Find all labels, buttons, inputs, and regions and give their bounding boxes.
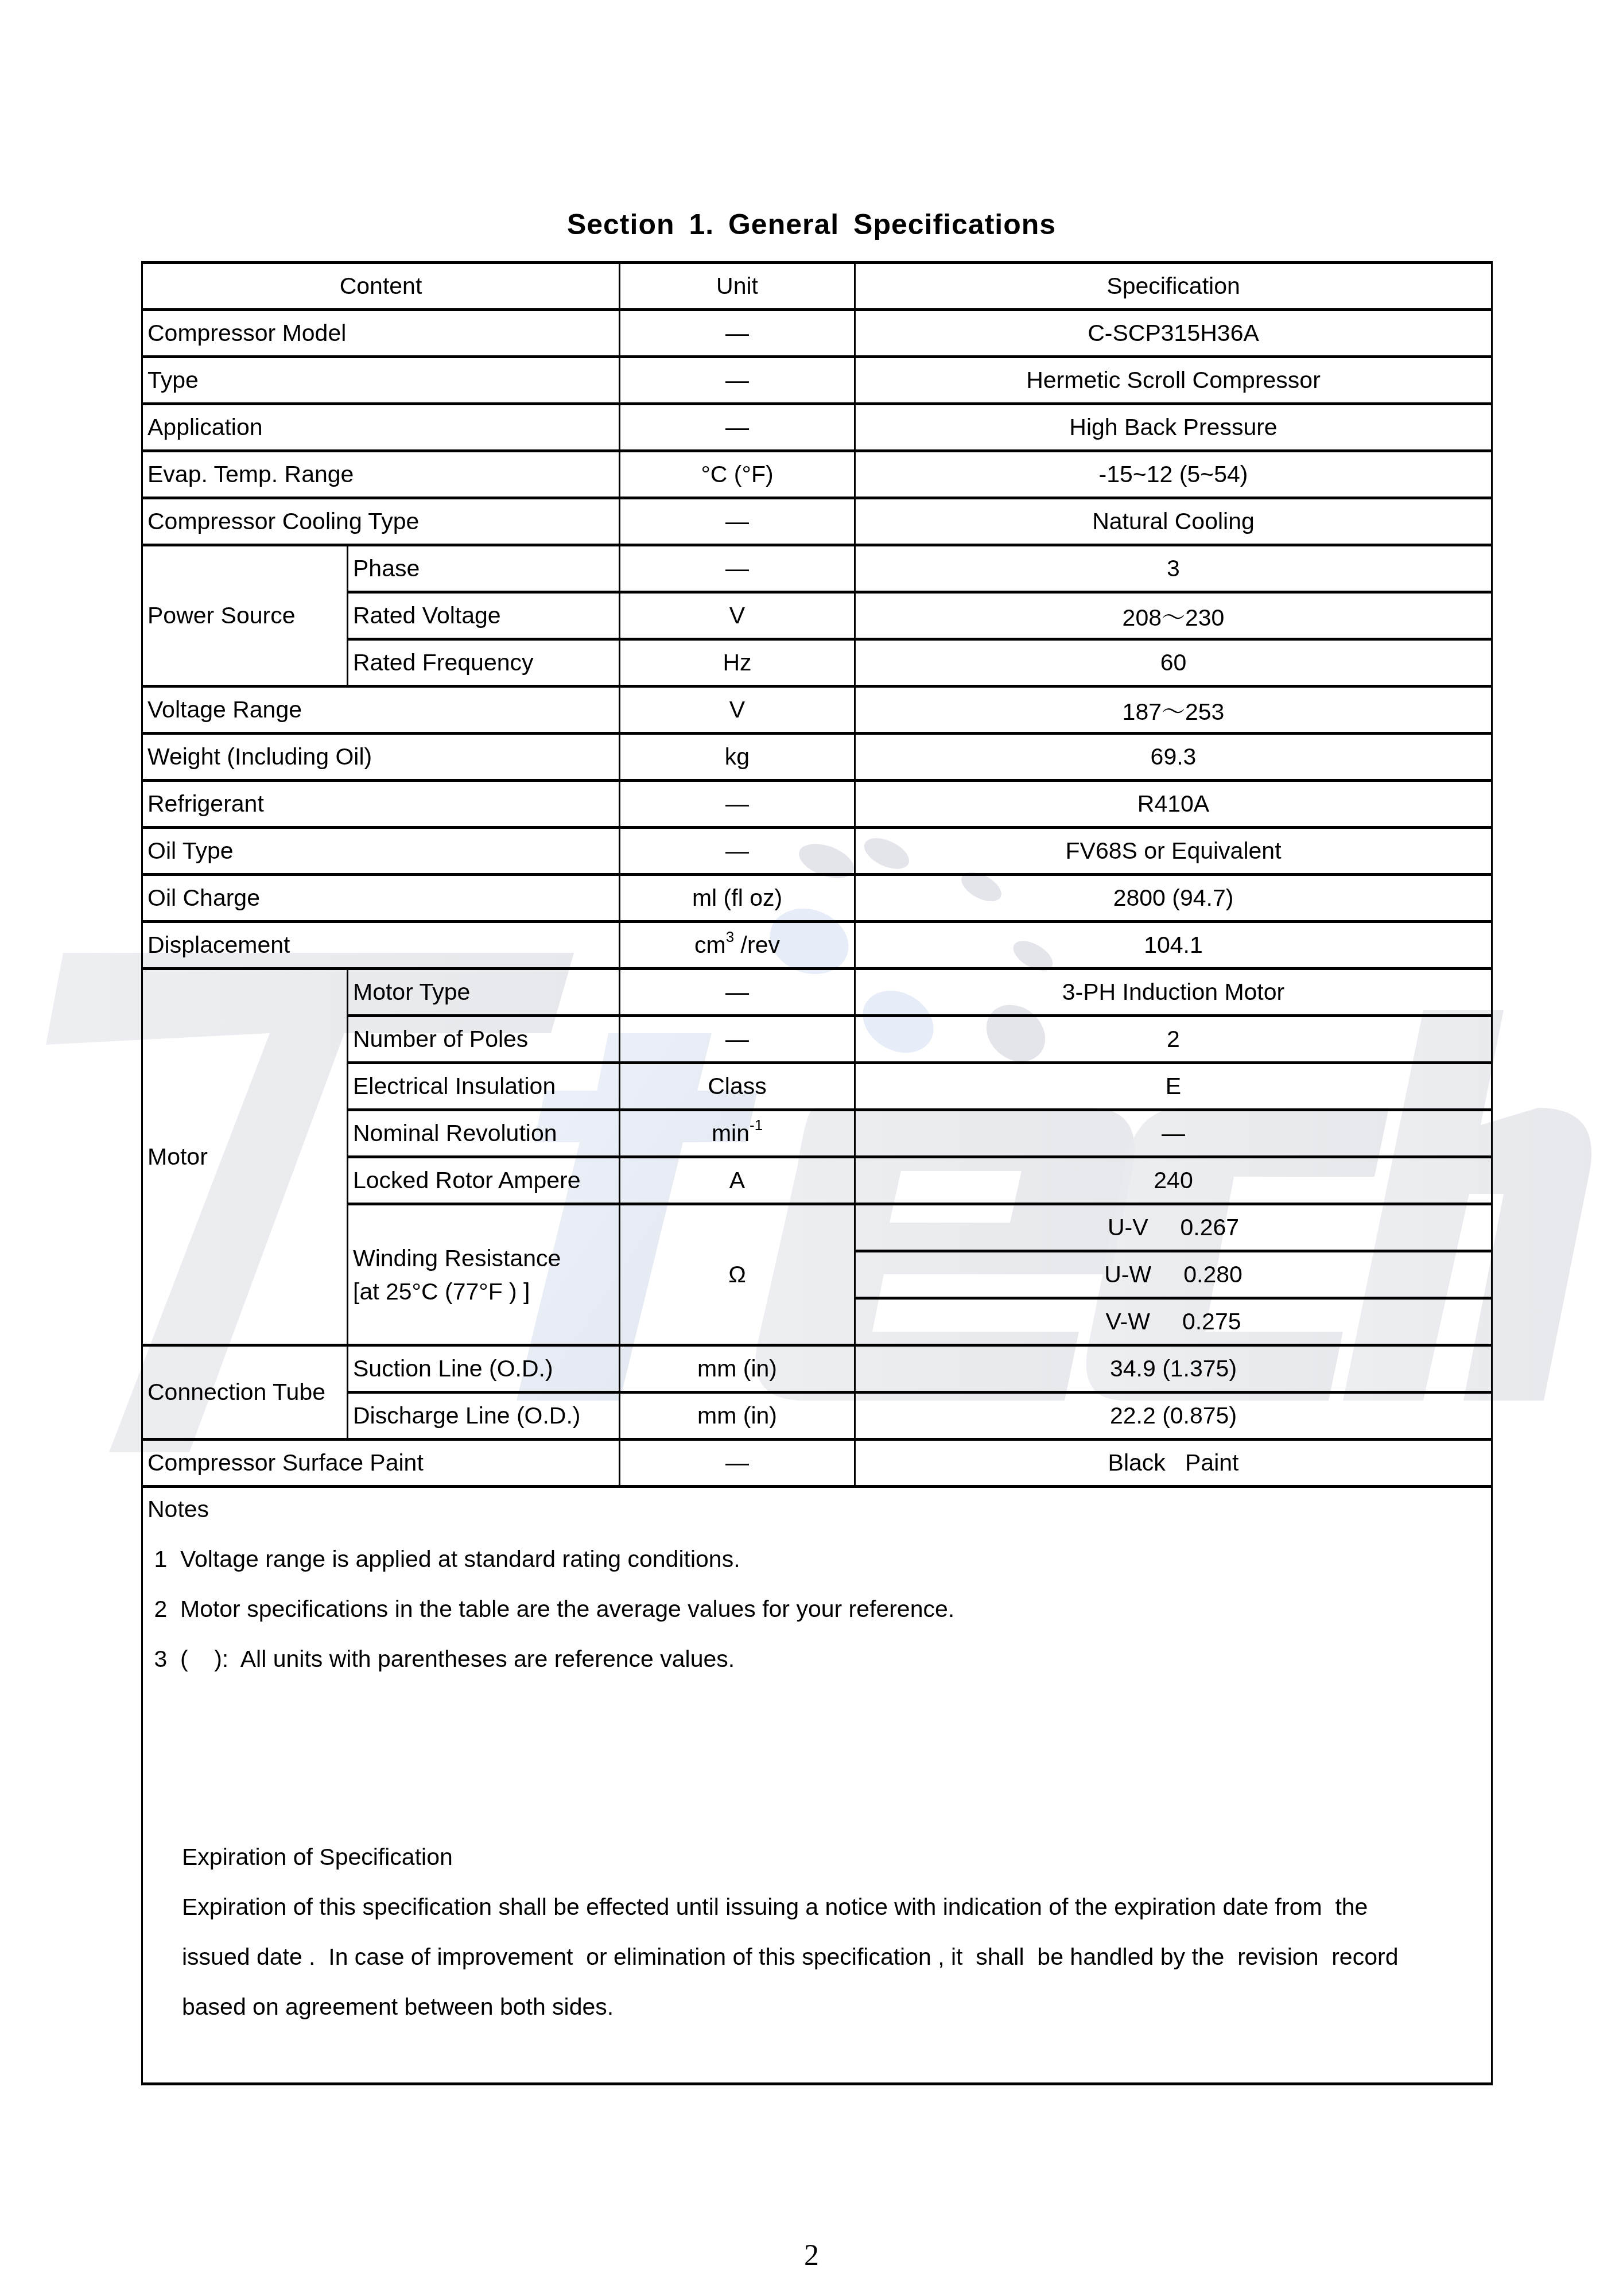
row-unit: °C (°F)	[620, 451, 855, 498]
table-row: Compressor Surface Paint — Black Paint	[142, 1440, 1492, 1487]
table-row: Displacement cm3 /rev 104.1	[142, 922, 1492, 969]
row-spec: 34.9 (1.375)	[855, 1345, 1492, 1393]
winding-pair: V-W	[1105, 1308, 1150, 1335]
row-unit: —	[620, 498, 855, 545]
row-unit: Hz	[620, 639, 855, 687]
winding-value: 0.280	[1183, 1261, 1243, 1287]
row-label: Voltage Range	[142, 687, 620, 734]
unit-superscript: -1	[750, 1116, 763, 1134]
row-spec: Natural Cooling	[855, 498, 1492, 545]
row-label: Suction Line (O.D.)	[348, 1345, 620, 1393]
row-spec: E	[855, 1063, 1492, 1110]
row-spec: 208～230	[855, 592, 1492, 639]
header-specification: Specification	[855, 263, 1492, 310]
table-row: Oil Type — FV68S or Equivalent	[142, 828, 1492, 875]
row-spec: R410A	[855, 781, 1492, 828]
header-content: Content	[142, 263, 620, 310]
table-row: Motor Motor Type — 3-PH Induction Motor	[142, 969, 1492, 1016]
expiration-heading: Expiration of Specification	[182, 1844, 453, 1871]
table-row: Voltage Range V 187～253	[142, 687, 1492, 734]
note-item: 3 ( ): All units with parentheses are re…	[147, 1646, 735, 1673]
row-unit: —	[620, 781, 855, 828]
row-spec: 3-PH Induction Motor	[855, 969, 1492, 1016]
row-label: Oil Charge	[142, 875, 620, 922]
row-label: Compressor Surface Paint	[142, 1440, 620, 1487]
table-row: Type — Hermetic Scroll Compressor	[142, 357, 1492, 404]
row-unit: A	[620, 1157, 855, 1204]
winding-pair: U-W	[1104, 1261, 1151, 1287]
row-unit: Class	[620, 1063, 855, 1110]
row-label: Oil Type	[142, 828, 620, 875]
row-spec: FV68S or Equivalent	[855, 828, 1492, 875]
row-label: Refrigerant	[142, 781, 620, 828]
row-label: Rated Frequency	[348, 639, 620, 687]
row-unit: mm (in)	[620, 1393, 855, 1440]
note-item: 1 Voltage range is applied at standard r…	[147, 1546, 740, 1573]
row-spec: 240	[855, 1157, 1492, 1204]
notes-row: Notes 1 Voltage range is applied at stan…	[142, 1487, 1492, 2084]
row-unit: min-1	[620, 1110, 855, 1157]
winding-label-line2: [at 25°C (77°F ) ]	[353, 1278, 530, 1305]
unit-base: cm	[694, 932, 726, 958]
row-unit: —	[620, 357, 855, 404]
expiration-line: based on agreement between both sides.	[182, 1994, 614, 2020]
general-specifications-table: Content Unit Specification Compressor Mo…	[141, 261, 1493, 2085]
row-unit: —	[620, 1440, 855, 1487]
table-header-row: Content Unit Specification	[142, 263, 1492, 310]
row-spec: —	[855, 1110, 1492, 1157]
table-row: Compressor Cooling Type — Natural Coolin…	[142, 498, 1492, 545]
table-row: Application — High Back Pressure	[142, 404, 1492, 451]
row-unit: V	[620, 687, 855, 734]
row-label: Phase	[348, 545, 620, 592]
row-unit: cm3 /rev	[620, 922, 855, 969]
row-spec: Hermetic Scroll Compressor	[855, 357, 1492, 404]
row-spec: 104.1	[855, 922, 1492, 969]
row-label: Application	[142, 404, 620, 451]
row-spec: Black Paint	[855, 1440, 1492, 1487]
winding-pair: U-V	[1108, 1214, 1148, 1240]
row-unit: —	[620, 828, 855, 875]
row-label: Discharge Line (O.D.)	[348, 1393, 620, 1440]
row-spec: 187～253	[855, 687, 1492, 734]
winding-value-uv: U-V0.267	[855, 1204, 1492, 1251]
row-spec: 3	[855, 545, 1492, 592]
notes-heading: Notes	[147, 1496, 209, 1523]
row-label: Displacement	[142, 922, 620, 969]
row-unit: —	[620, 310, 855, 357]
row-label-winding-resistance: Winding Resistance [at 25°C (77°F ) ]	[348, 1204, 620, 1345]
row-unit: Ω	[620, 1204, 855, 1345]
expiration-line: Expiration of this specification shall b…	[182, 1894, 1368, 1921]
group-label-power-source: Power Source	[142, 545, 348, 687]
row-unit: —	[620, 1016, 855, 1063]
row-spec: 60	[855, 639, 1492, 687]
row-spec: 69.3	[855, 734, 1492, 781]
unit-base: min	[712, 1120, 750, 1146]
table-row: Weight (Including Oil) kg 69.3	[142, 734, 1492, 781]
row-spec: -15~12 (5~54)	[855, 451, 1492, 498]
row-label: Locked Rotor Ampere	[348, 1157, 620, 1204]
table-row: Compressor Model — C-SCP315H36A	[142, 310, 1492, 357]
group-label-connection-tube: Connection Tube	[142, 1345, 348, 1440]
row-label: Compressor Cooling Type	[142, 498, 620, 545]
row-unit: —	[620, 545, 855, 592]
table-row: Connection Tube Suction Line (O.D.) mm (…	[142, 1345, 1492, 1393]
winding-value-vw: V-W0.275	[855, 1298, 1492, 1345]
row-label: Compressor Model	[142, 310, 620, 357]
winding-value-uw: U-W0.280	[855, 1251, 1492, 1298]
row-spec: 22.2 (0.875)	[855, 1393, 1492, 1440]
row-spec: 2800 (94.7)	[855, 875, 1492, 922]
notes-block: Notes 1 Voltage range is applied at stan…	[143, 1488, 1491, 2082]
notes-section: Notes 1 Voltage range is applied at stan…	[142, 1487, 1492, 2084]
page-title: Section 1. General Specifications	[0, 208, 1623, 241]
winding-label-line1: Winding Resistance	[353, 1245, 561, 1271]
row-label: Type	[142, 357, 620, 404]
row-label: Electrical Insulation	[348, 1063, 620, 1110]
row-label: Evap. Temp. Range	[142, 451, 620, 498]
row-unit: kg	[620, 734, 855, 781]
unit-rest: /rev	[734, 932, 780, 958]
group-label-motor: Motor	[142, 969, 348, 1345]
row-label: Rated Voltage	[348, 592, 620, 639]
row-label: Motor Type	[348, 969, 620, 1016]
winding-value: 0.275	[1182, 1308, 1241, 1335]
row-label: Number of Poles	[348, 1016, 620, 1063]
table-row: Evap. Temp. Range °C (°F) -15~12 (5~54)	[142, 451, 1492, 498]
table-row: Refrigerant — R410A	[142, 781, 1492, 828]
page-number: 2	[0, 2239, 1623, 2272]
row-label: Weight (Including Oil)	[142, 734, 620, 781]
row-spec: 2	[855, 1016, 1492, 1063]
table-row: Oil Charge ml (fl oz) 2800 (94.7)	[142, 875, 1492, 922]
row-spec: C-SCP315H36A	[855, 310, 1492, 357]
row-unit: ml (fl oz)	[620, 875, 855, 922]
row-unit: mm (in)	[620, 1345, 855, 1393]
row-unit: V	[620, 592, 855, 639]
unit-superscript: 3	[726, 928, 734, 945]
winding-value: 0.267	[1181, 1214, 1240, 1240]
table-row: Power Source Phase — 3	[142, 545, 1492, 592]
note-item: 2 Motor specifications in the table are …	[147, 1596, 954, 1623]
row-unit: —	[620, 404, 855, 451]
row-label: Nominal Revolution	[348, 1110, 620, 1157]
header-unit: Unit	[620, 263, 855, 310]
row-unit: —	[620, 969, 855, 1016]
expiration-line: issued date . In case of improvement or …	[182, 1944, 1398, 1971]
row-spec: High Back Pressure	[855, 404, 1492, 451]
